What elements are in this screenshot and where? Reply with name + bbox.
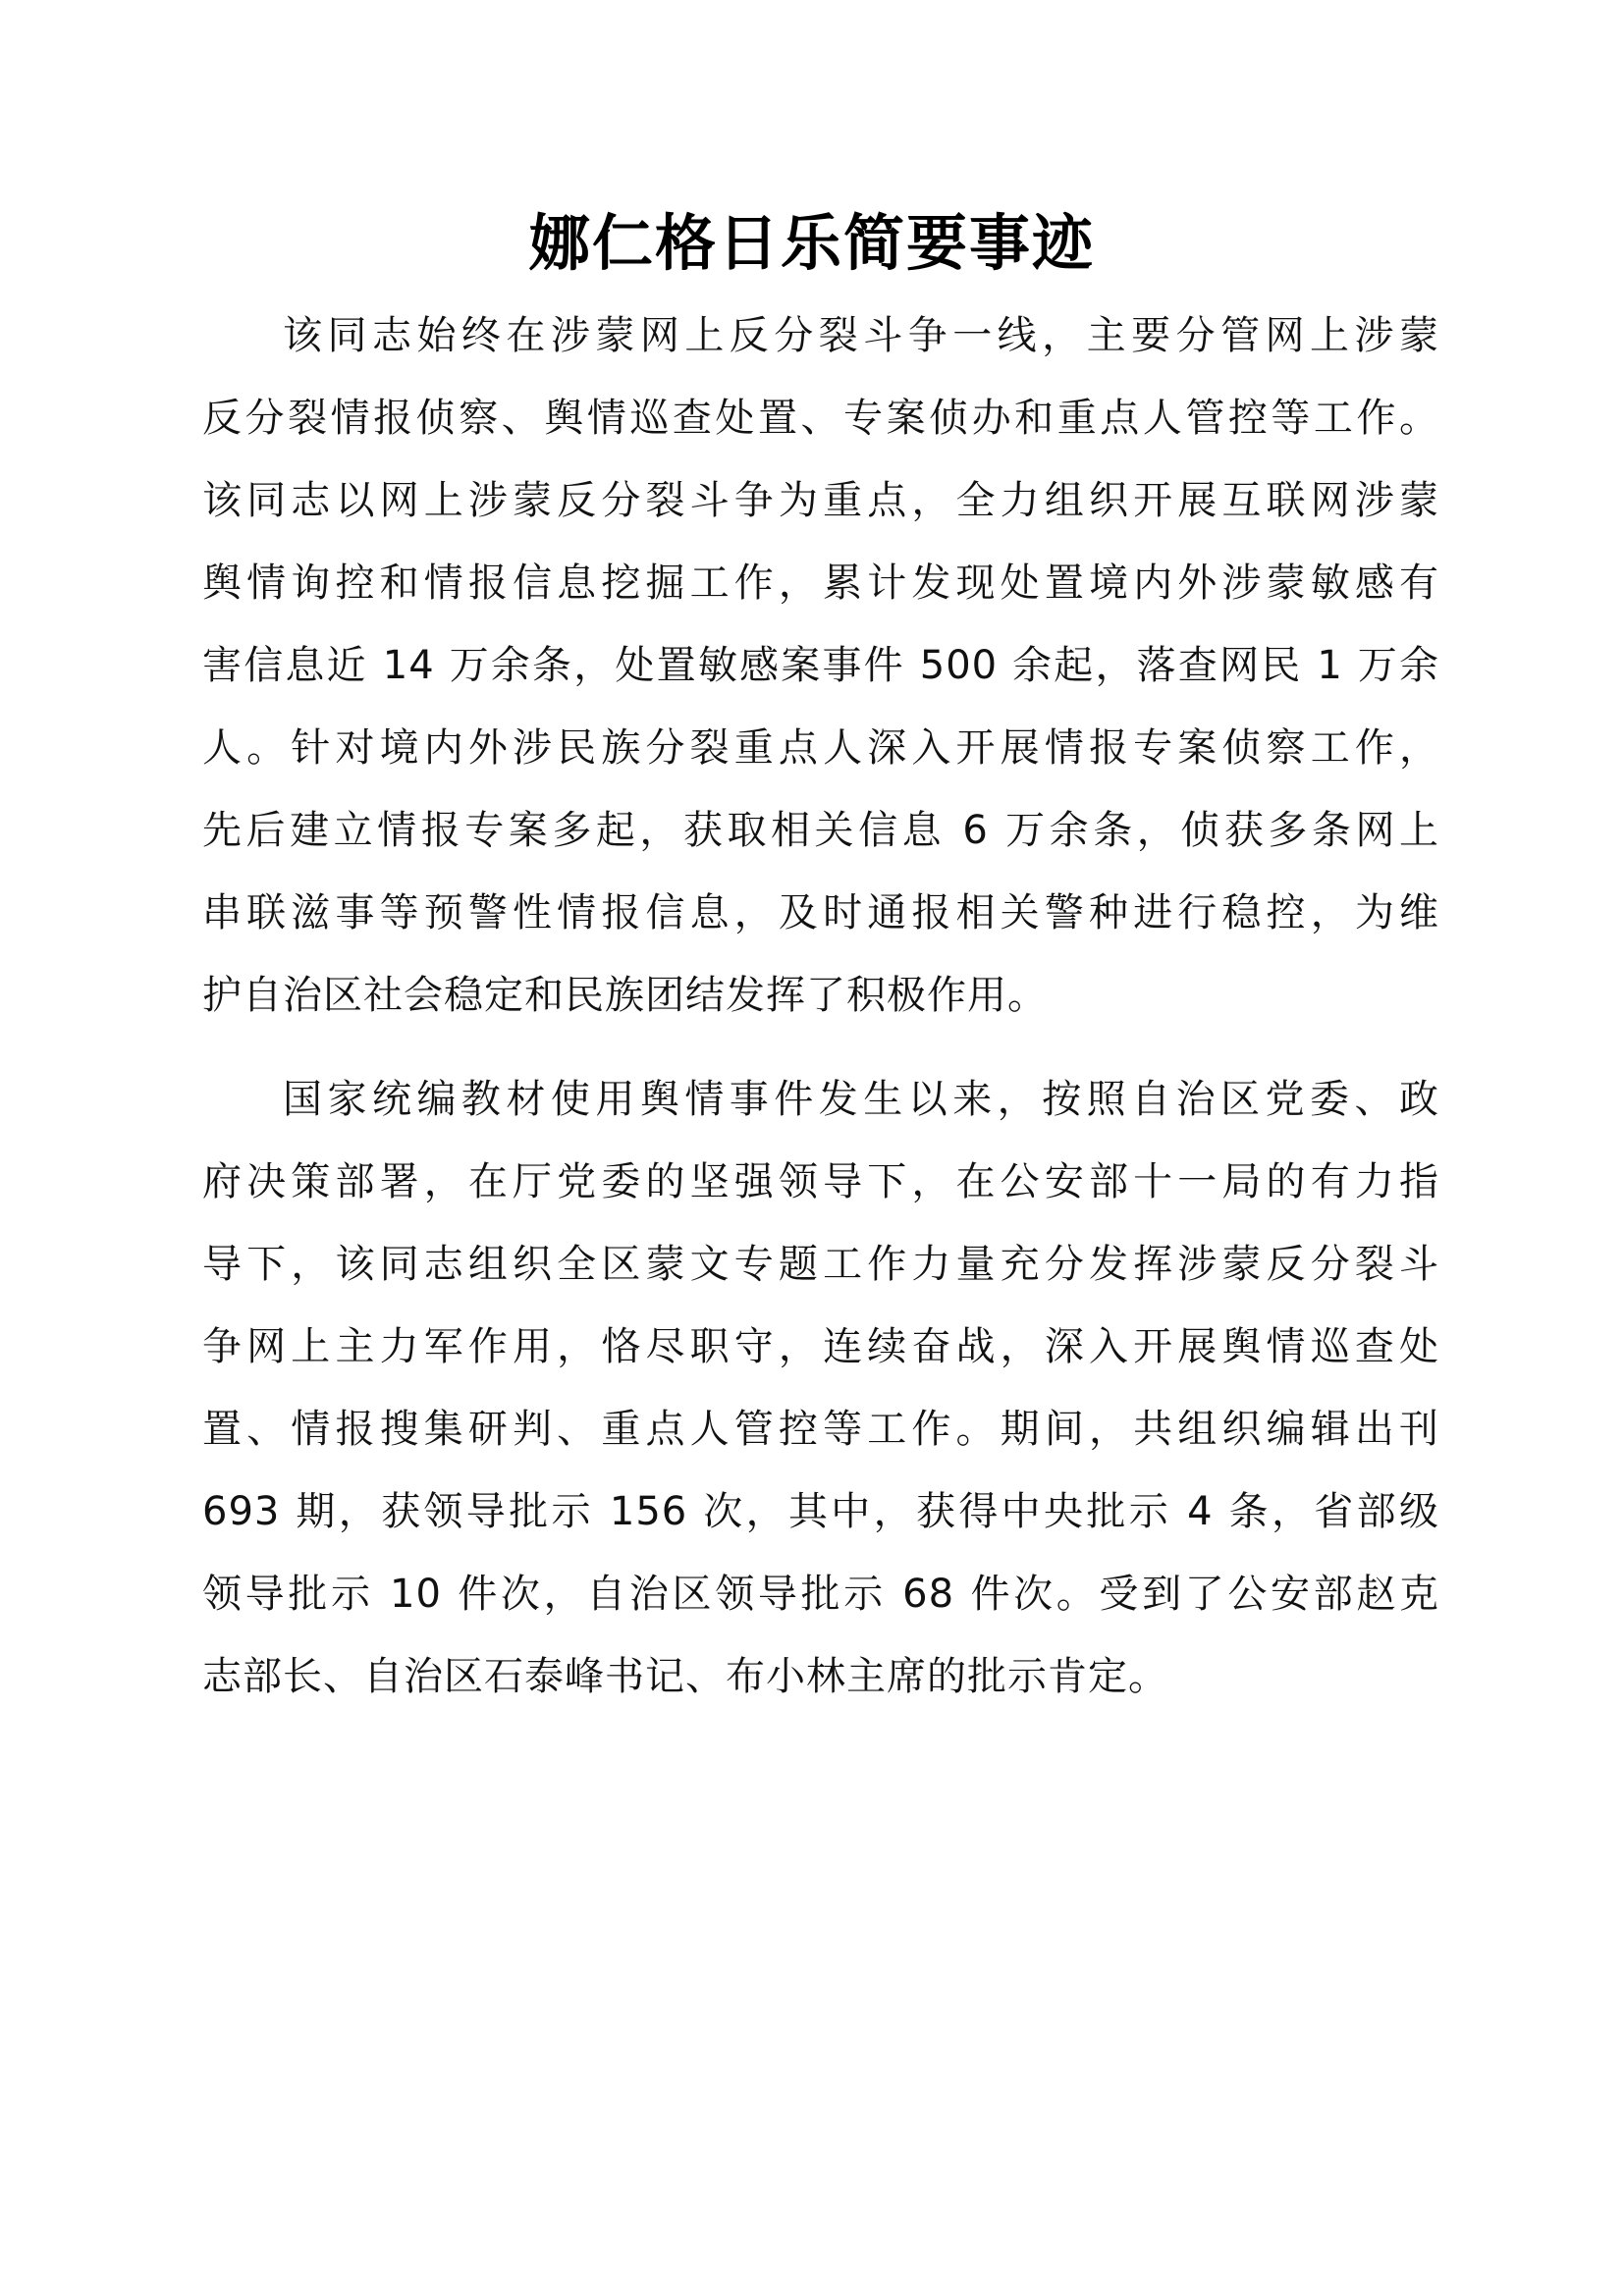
text-line: 693 期，获领导批示 156 次，其中，获得中央批示 4 条，省部级: [202, 1470, 1439, 1553]
text-line: 志部长、自治区石泰峰书记、布小林主席的批示肯定。: [202, 1635, 1439, 1718]
document-page: 娜仁格日乐简要事迹 该同志始终在涉蒙网上反分裂斗争一线，主要分管网上涉蒙 反分裂…: [0, 0, 1624, 2296]
text-line: 争网上主力军作用，恪尽职守，连续奋战，深入开展舆情巡查处: [202, 1306, 1439, 1388]
document-body: 该同志始终在涉蒙网上反分裂斗争一线，主要分管网上涉蒙 反分裂情报侦察、舆情巡查处…: [202, 294, 1439, 1718]
text-line: 该同志始终在涉蒙网上反分裂斗争一线，主要分管网上涉蒙: [202, 294, 1439, 377]
text-line: 串联滋事等预警性情报信息，及时通报相关警种进行稳控，为维: [202, 872, 1439, 954]
paragraph-2: 国家统编教材使用舆情事件发生以来，按照自治区党委、政 府决策部署，在厅党委的坚强…: [202, 1058, 1439, 1718]
document-title: 娜仁格日乐简要事迹: [0, 204, 1624, 283]
text-line: 府决策部署，在厅党委的坚强领导下，在公安部十一局的有力指: [202, 1141, 1439, 1223]
text-line: 舆情询控和情报信息挖掘工作，累计发现处置境内外涉蒙敏感有: [202, 542, 1439, 624]
text-line: 害信息近 14 万余条，处置敏感案事件 500 余起，落查网民 1 万余: [202, 624, 1439, 707]
text-line: 反分裂情报侦察、舆情巡查处置、专案侦办和重点人管控等工作。: [202, 377, 1439, 459]
paragraph-1: 该同志始终在涉蒙网上反分裂斗争一线，主要分管网上涉蒙 反分裂情报侦察、舆情巡查处…: [202, 294, 1439, 1037]
text-line: 国家统编教材使用舆情事件发生以来，按照自治区党委、政: [202, 1058, 1439, 1141]
text-line: 人。针对境内外涉民族分裂重点人深入开展情报专案侦察工作，: [202, 707, 1439, 789]
text-line: 先后建立情报专案多起，获取相关信息 6 万余条，侦获多条网上: [202, 789, 1439, 872]
text-line: 领导批示 10 件次，自治区领导批示 68 件次。受到了公安部赵克: [202, 1553, 1439, 1635]
text-line: 置、情报搜集研判、重点人管控等工作。期间，共组织编辑出刊: [202, 1388, 1439, 1470]
text-line: 护自治区社会稳定和民族团结发挥了积极作用。: [202, 954, 1439, 1037]
text-line: 导下，该同志组织全区蒙文专题工作力量充分发挥涉蒙反分裂斗: [202, 1223, 1439, 1306]
text-line: 该同志以网上涉蒙反分裂斗争为重点，全力组织开展互联网涉蒙: [202, 459, 1439, 542]
